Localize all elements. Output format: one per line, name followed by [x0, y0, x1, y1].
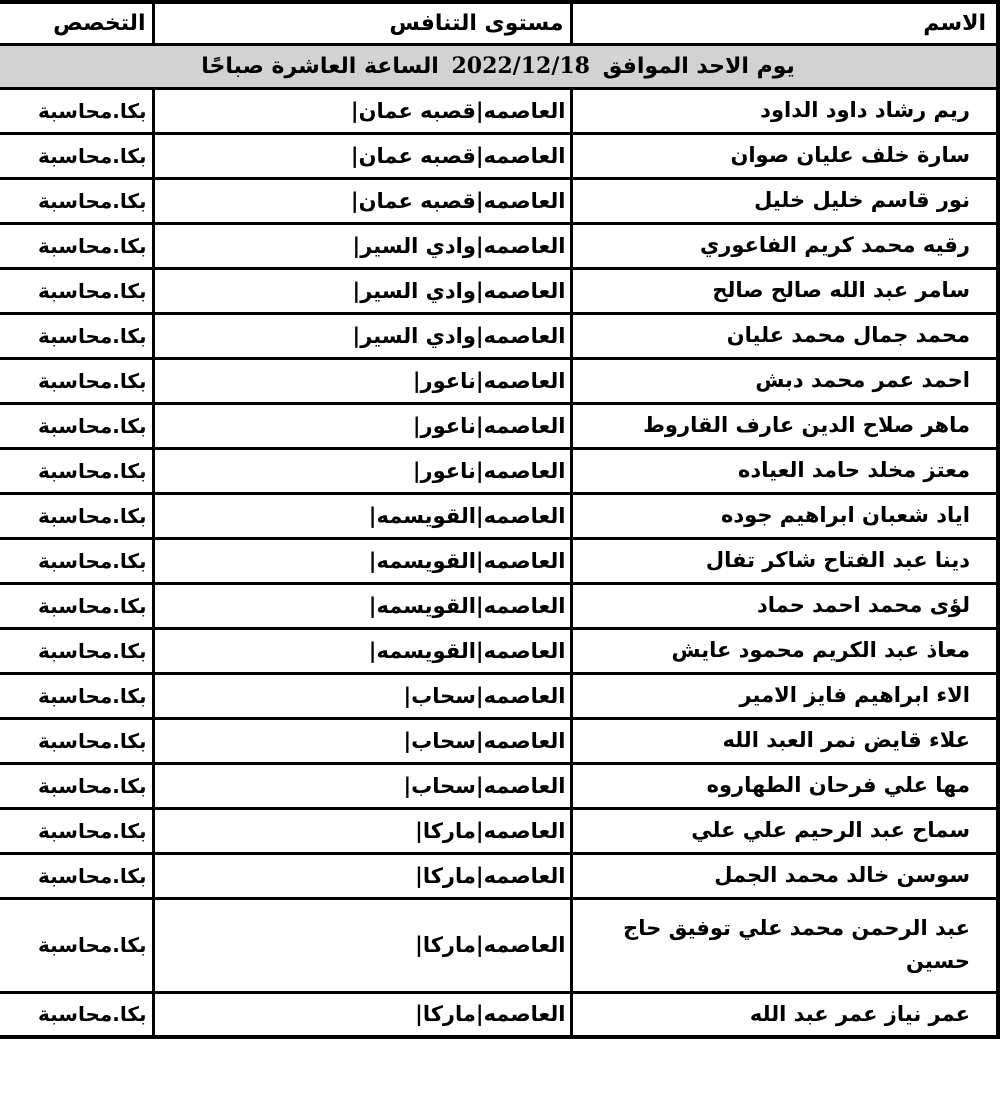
- candidate-name: سارة خلف عليان صوان: [571, 133, 998, 178]
- specialization: بكا.محاسبة: [0, 268, 153, 313]
- table-row: محمد جمال محمد عليان العاصمه|وادي السير|…: [0, 313, 998, 358]
- competition-level: العاصمه|وادي السير|: [153, 268, 571, 313]
- candidate-name: عمر نياز عمر عبد الله: [571, 992, 998, 1037]
- candidate-name: سماح عبد الرحيم علي علي: [571, 808, 998, 853]
- candidate-name: عبد الرحمن محمد علي توفيق حاج حسين: [571, 898, 998, 992]
- specialization: بكا.محاسبة: [0, 223, 153, 268]
- specialization: بكا.محاسبة: [0, 88, 153, 133]
- candidate-name: سوسن خالد محمد الجمل: [571, 853, 998, 898]
- specialization: بكا.محاسبة: [0, 448, 153, 493]
- banner-day-text: يوم الاحد الموافق: [603, 54, 795, 79]
- table-row: لؤى محمد احمد حماد العاصمه|القويسمه| بكا…: [0, 583, 998, 628]
- competition-level: العاصمه|وادي السير|: [153, 223, 571, 268]
- column-header-level: مستوى التنافس: [153, 2, 571, 44]
- table-row: رقيه محمد كريم الفاعوري العاصمه|وادي الس…: [0, 223, 998, 268]
- specialization: بكا.محاسبة: [0, 718, 153, 763]
- competition-level: العاصمه|ماركا|: [153, 898, 571, 992]
- table-row: معتز مخلد حامد العياده العاصمه|ناعور| بك…: [0, 448, 998, 493]
- candidate-name: دينا عبد الفتاح شاكر تفال: [571, 538, 998, 583]
- table-row: سوسن خالد محمد الجمل العاصمه|ماركا| بكا.…: [0, 853, 998, 898]
- competition-level: العاصمه|ماركا|: [153, 992, 571, 1037]
- column-header-name: الاسم: [571, 2, 998, 44]
- table-row: دينا عبد الفتاح شاكر تفال العاصمه|القويس…: [0, 538, 998, 583]
- candidate-name: معاذ عبد الكريم محمود عايش: [571, 628, 998, 673]
- candidate-name: علاء قايض نمر العبد الله: [571, 718, 998, 763]
- competition-level: العاصمه|ناعور|: [153, 403, 571, 448]
- specialization: بكا.محاسبة: [0, 358, 153, 403]
- competition-level: العاصمه|ناعور|: [153, 358, 571, 403]
- column-header-major: التخصص: [0, 2, 153, 44]
- competition-level: العاصمه|قصبه عمان|: [153, 133, 571, 178]
- candidate-name: معتز مخلد حامد العياده: [571, 448, 998, 493]
- candidate-name: مها علي فرحان الطهاروه: [571, 763, 998, 808]
- table-row: علاء قايض نمر العبد الله العاصمه|سحاب| ب…: [0, 718, 998, 763]
- competition-level: العاصمه|القويسمه|: [153, 583, 571, 628]
- table-row: معاذ عبد الكريم محمود عايش العاصمه|القوي…: [0, 628, 998, 673]
- specialization: بكا.محاسبة: [0, 808, 153, 853]
- candidate-name: ريم رشاد داود الداود: [571, 88, 998, 133]
- candidate-name: اياد شعبان ابراهيم جوده: [571, 493, 998, 538]
- candidate-name: رقيه محمد كريم الفاعوري: [571, 223, 998, 268]
- specialization: بكا.محاسبة: [0, 763, 153, 808]
- competition-level: العاصمه|القويسمه|: [153, 538, 571, 583]
- candidate-name: الاء ابراهيم فايز الامير: [571, 673, 998, 718]
- session-banner-row: يوم الاحد الموافق 2022/12/18 الساعة العا…: [0, 44, 998, 88]
- table-row: مها علي فرحان الطهاروه العاصمه|سحاب| بكا…: [0, 763, 998, 808]
- competition-level: العاصمه|سحاب|: [153, 673, 571, 718]
- table-row: احمد عمر محمد دبش العاصمه|ناعور| بكا.محا…: [0, 358, 998, 403]
- table-row: اياد شعبان ابراهيم جوده العاصمه|القويسمه…: [0, 493, 998, 538]
- competition-level: العاصمه|ماركا|: [153, 853, 571, 898]
- specialization: بكا.محاسبة: [0, 313, 153, 358]
- table-row: عمر نياز عمر عبد الله العاصمه|ماركا| بكا…: [0, 992, 998, 1037]
- candidate-name: نور قاسم خليل خليل: [571, 178, 998, 223]
- candidate-name: سامر عبد الله صالح صالح: [571, 268, 998, 313]
- competition-level: العاصمه|القويسمه|: [153, 628, 571, 673]
- banner-time-text: الساعة العاشرة صباحًا: [201, 54, 439, 79]
- competition-level: العاصمه|ناعور|: [153, 448, 571, 493]
- specialization: بكا.محاسبة: [0, 493, 153, 538]
- specialization: بكا.محاسبة: [0, 898, 153, 992]
- table-row: سماح عبد الرحيم علي علي العاصمه|ماركا| ب…: [0, 808, 998, 853]
- specialization: بكا.محاسبة: [0, 403, 153, 448]
- candidate-name: لؤى محمد احمد حماد: [571, 583, 998, 628]
- candidate-name: ماهر صلاح الدين عارف القاروط: [571, 403, 998, 448]
- table-row: عبد الرحمن محمد علي توفيق حاج حسين العاص…: [0, 898, 998, 992]
- table-row: الاء ابراهيم فايز الامير العاصمه|سحاب| ب…: [0, 673, 998, 718]
- specialization: بكا.محاسبة: [0, 583, 153, 628]
- specialization: بكا.محاسبة: [0, 133, 153, 178]
- competition-level: العاصمه|قصبه عمان|: [153, 88, 571, 133]
- table-row: سارة خلف عليان صوان العاصمه|قصبه عمان| ب…: [0, 133, 998, 178]
- competition-level: العاصمه|ماركا|: [153, 808, 571, 853]
- competition-level: العاصمه|القويسمه|: [153, 493, 571, 538]
- table-row: سامر عبد الله صالح صالح العاصمه|وادي الس…: [0, 268, 998, 313]
- specialization: بكا.محاسبة: [0, 178, 153, 223]
- competition-level: العاصمه|سحاب|: [153, 718, 571, 763]
- schedule-table: الاسم مستوى التنافس التخصص يوم الاحد الم…: [0, 0, 1000, 1039]
- specialization: بكا.محاسبة: [0, 628, 153, 673]
- table-row: ماهر صلاح الدين عارف القاروط العاصمه|ناع…: [0, 403, 998, 448]
- specialization: بكا.محاسبة: [0, 992, 153, 1037]
- banner-date: 2022/12/18: [451, 53, 590, 79]
- competition-level: العاصمه|قصبه عمان|: [153, 178, 571, 223]
- header-row: الاسم مستوى التنافس التخصص: [0, 2, 998, 44]
- document-page: الاسم مستوى التنافس التخصص يوم الاحد الم…: [0, 0, 1000, 1110]
- specialization: بكا.محاسبة: [0, 853, 153, 898]
- candidate-name: احمد عمر محمد دبش: [571, 358, 998, 403]
- competition-level: العاصمه|وادي السير|: [153, 313, 571, 358]
- candidate-name: محمد جمال محمد عليان: [571, 313, 998, 358]
- competition-level: العاصمه|سحاب|: [153, 763, 571, 808]
- specialization: بكا.محاسبة: [0, 538, 153, 583]
- table-row: نور قاسم خليل خليل العاصمه|قصبه عمان| بك…: [0, 178, 998, 223]
- session-banner: يوم الاحد الموافق 2022/12/18 الساعة العا…: [0, 44, 998, 88]
- specialization: بكا.محاسبة: [0, 673, 153, 718]
- table-body: يوم الاحد الموافق 2022/12/18 الساعة العا…: [0, 44, 998, 1037]
- table-row: ريم رشاد داود الداود العاصمه|قصبه عمان| …: [0, 88, 998, 133]
